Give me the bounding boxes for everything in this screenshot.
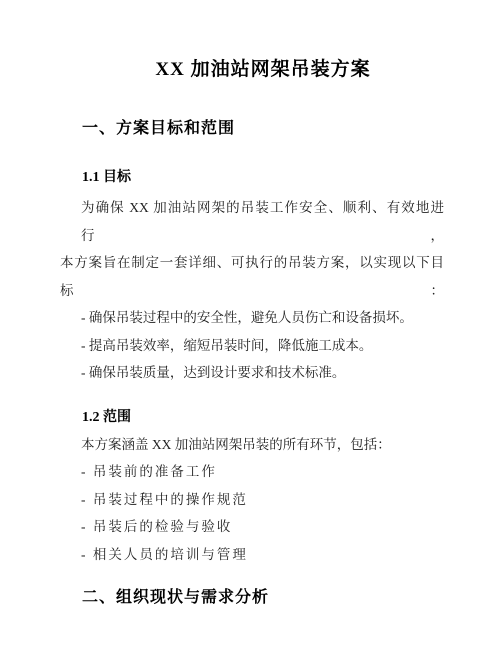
bullet-item: - 吊装前的准备工作	[60, 458, 444, 486]
subsection-heading-1-2: 1.2 范围	[60, 410, 444, 425]
bullet-item: - 确保吊装过程中的安全性，避免人员伤亡和设备损坏。	[60, 304, 444, 332]
section-heading-2: 二、组织现状与需求分析	[60, 588, 444, 608]
document-title: XX 加油站网架吊装方案	[60, 57, 444, 83]
bullet-item: - 吊装后的检验与验收	[60, 513, 444, 541]
document-page: XX 加油站网架吊装方案 一、方案目标和范围 1.1 目标 为确保 XX 加油站…	[0, 0, 500, 647]
paragraph-line: 为确保 XX 加油站网架的吊装工作安全、顺利、有效地进行，	[60, 194, 444, 249]
subsection-1-1-content: 为确保 XX 加油站网架的吊装工作安全、顺利、有效地进行， 本方案旨在制定一套详…	[60, 194, 444, 387]
bullet-item: - 确保吊装质量，达到设计要求和技术标准。	[60, 359, 444, 387]
bullet-item: - 吊装过程中的操作规范	[60, 486, 444, 514]
paragraph-line: 本方案涵盖 XX 加油站网架吊装的所有环节，包括：	[60, 431, 444, 459]
document-body: XX 加油站网架吊装方案 一、方案目标和范围 1.1 目标 为确保 XX 加油站…	[0, 0, 500, 608]
paragraph-line: 本方案旨在制定一套详细、可执行的吊装方案，以实现以下目标：	[60, 249, 444, 304]
bullet-item: - 提高吊装效率，缩短吊装时间，降低施工成本。	[60, 332, 444, 360]
subsection-heading-1-1: 1.1 目标	[60, 170, 444, 185]
bullet-item: - 相关人员的培训与管理	[60, 541, 444, 569]
section-heading-1: 一、方案目标和范围	[60, 119, 444, 139]
subsection-1-2-content: 本方案涵盖 XX 加油站网架吊装的所有环节，包括： - 吊装前的准备工作 - 吊…	[60, 431, 444, 569]
